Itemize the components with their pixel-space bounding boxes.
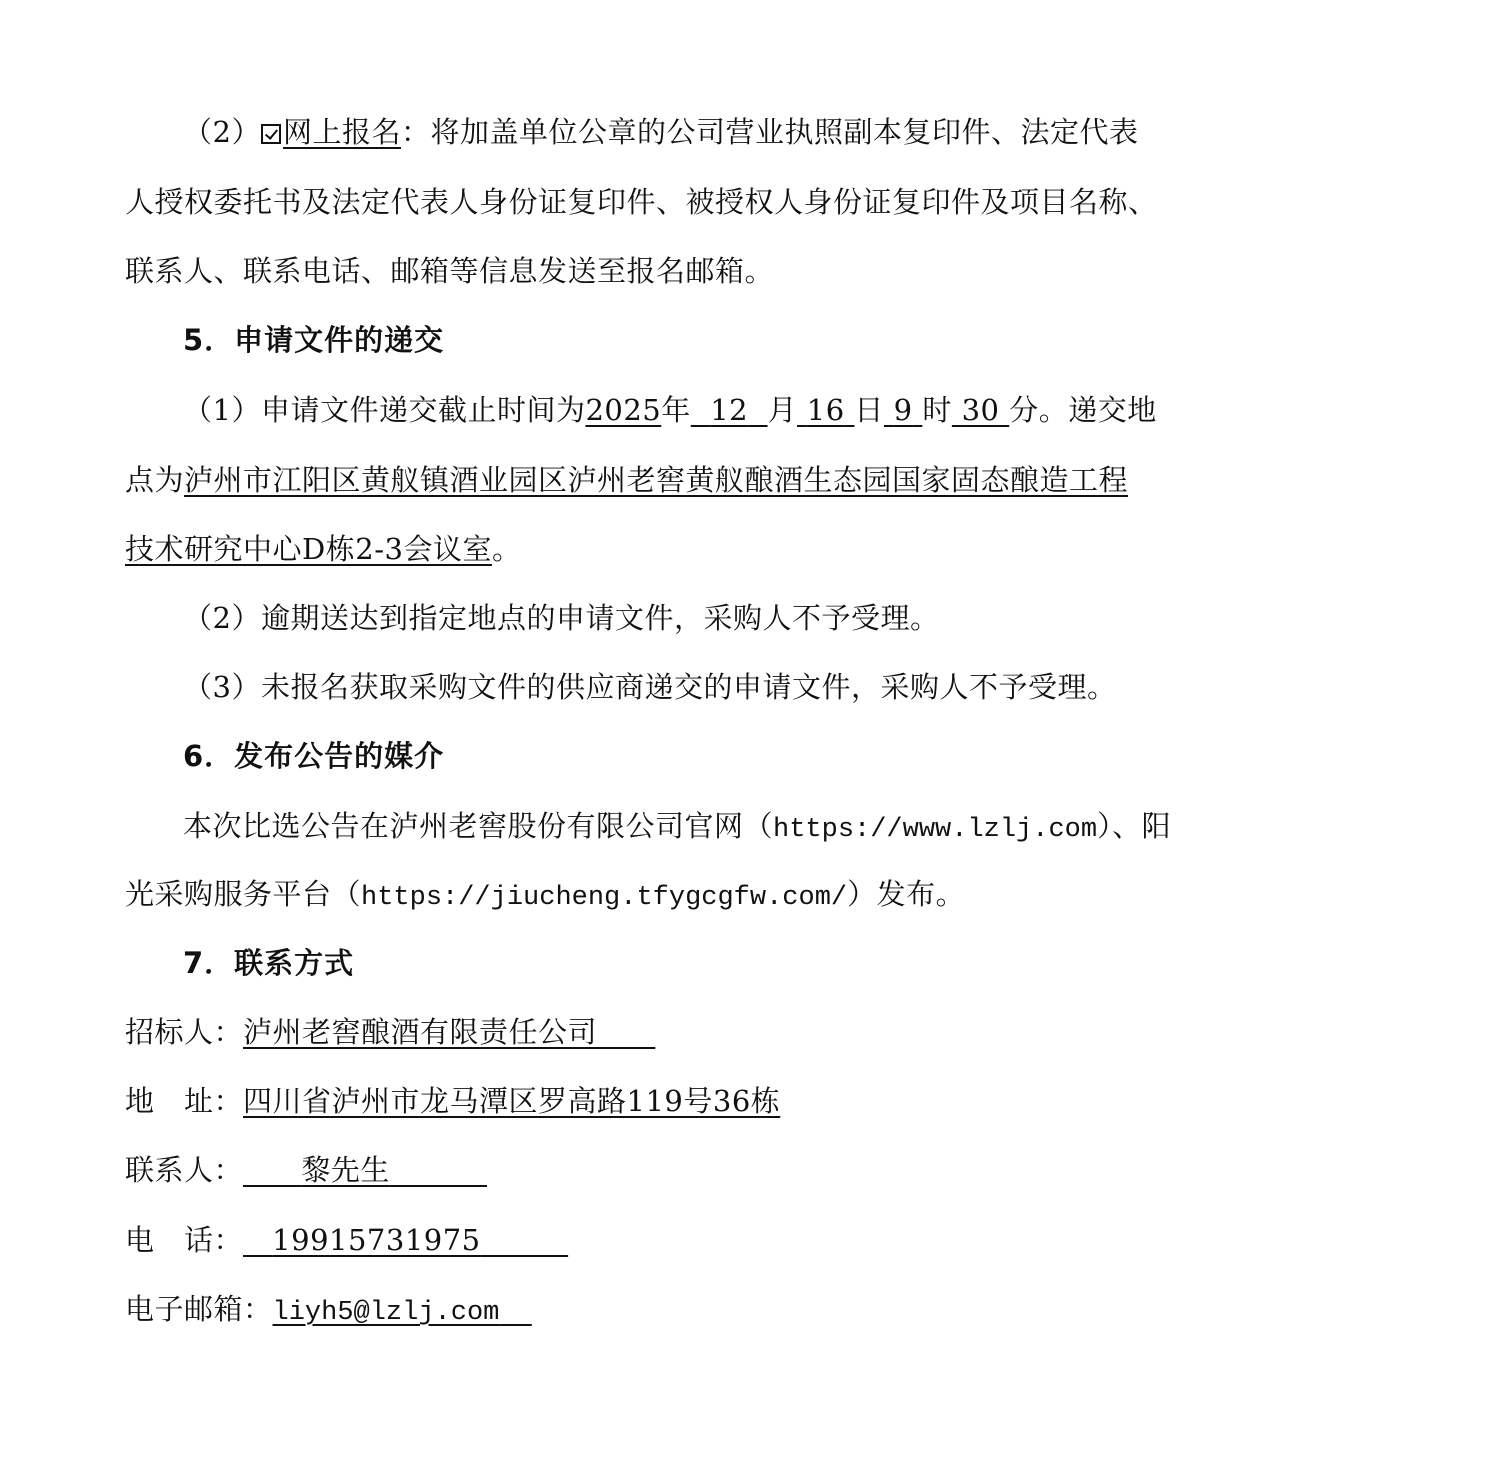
online-registration-line-2: 人授权委托书及法定代表人身份证复印件、被授权人身份证复印件及项目名称、 [125, 182, 1158, 222]
unregistered-supplier-note: （3）未报名获取采购文件的供应商递交的申请文件，采购人不予受理。 [183, 667, 1116, 707]
online-registration-line-3: 联系人、联系电话、邮箱等信息发送至报名邮箱。 [125, 251, 774, 291]
submission-location: 泸州市江阳区黄舣镇酒业园区泸州老窖黄舣酿酒生态园国家固态酿造工程 [184, 463, 1128, 497]
contact-label: 招标人： [125, 1015, 243, 1049]
address-value: 四川省泸州市龙马潭区罗高路119号36栋 [243, 1084, 780, 1118]
contact-phone: 电 话： 19915731975 [125, 1220, 568, 1260]
phone-value: 19915731975 [243, 1223, 568, 1257]
media-line-2: 光采购服务平台（https://jiucheng.tfygcgfw.com/）发… [125, 874, 965, 914]
section-7-heading: 7．联系方式 [183, 943, 354, 983]
checked-checkbox-icon [261, 124, 281, 144]
contact-label: 电 话： [125, 1223, 243, 1257]
official-website-link[interactable]: https://www.lzlj.com [773, 815, 1097, 845]
deadline-line: （1）申请文件递交截止时间为2025年 12 月 16 日 9 时 30 分。递… [183, 390, 1157, 430]
deadline-year: 2025 [585, 393, 661, 427]
deadline-day: 16 [797, 393, 854, 427]
procurement-platform-link[interactable]: https://jiucheng.tfygcgfw.com/ [361, 883, 847, 913]
online-registration-line-1: （2）网上报名：将加盖单位公章的公司营业执照副本复印件、法定代表 [183, 112, 1139, 152]
tenderer-value: 泸州老窖酿酒有限责任公司 [243, 1015, 655, 1049]
deadline-minute: 30 [952, 393, 1009, 427]
deadline-hour: 9 [884, 393, 922, 427]
section-5-heading: 5．申请文件的递交 [183, 320, 444, 360]
media-line-1: 本次比选公告在泸州老窖股份有限公司官网（https://www.lzlj.com… [183, 806, 1171, 846]
online-registration-text: 将加盖单位公章的公司营业执照副本复印件、法定代表 [430, 115, 1138, 149]
location-line-1: 点为泸州市江阳区黄舣镇酒业园区泸州老窖黄舣酿酒生态园国家固态酿造工程 [125, 460, 1128, 500]
late-submission-note: （2）逾期送达到指定地点的申请文件，采购人不予受理。 [183, 598, 939, 638]
contact-label: 地 址： [125, 1084, 243, 1118]
contact-email: 电子邮箱：liyh5@lzlj.com [125, 1289, 532, 1329]
submission-location-cont: 技术研究中心D栋2-3会议室 [125, 532, 492, 566]
contact-tenderer: 招标人：泸州老窖酿酒有限责任公司 [125, 1012, 655, 1052]
contact-person: 联系人： 黎先生 [125, 1150, 487, 1190]
contact-person-value: 黎先生 [243, 1153, 487, 1187]
online-registration-label: 网上报名 [261, 115, 401, 149]
location-line-2: 技术研究中心D栋2-3会议室。 [125, 529, 521, 569]
deadline-month: 12 [691, 393, 768, 427]
contact-label: 电子邮箱： [125, 1292, 273, 1326]
email-value[interactable]: liyh5@lzlj.com [273, 1298, 532, 1328]
contact-label: 联系人： [125, 1153, 243, 1187]
document-page: （2）网上报名：将加盖单位公章的公司营业执照副本复印件、法定代表 人授权委托书及… [0, 0, 1500, 1460]
item-prefix: （2） [183, 115, 261, 149]
section-6-heading: 6．发布公告的媒介 [183, 736, 444, 776]
contact-address: 地 址：四川省泸州市龙马潭区罗高路119号36栋 [125, 1081, 780, 1121]
